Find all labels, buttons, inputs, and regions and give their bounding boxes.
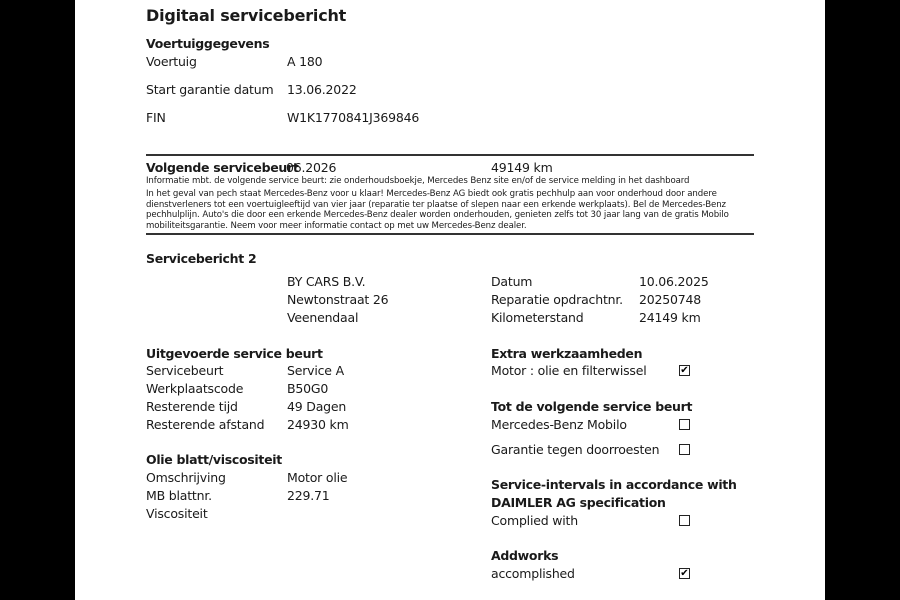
vehicle-value: A 180 [287, 54, 322, 69]
report-heading: Servicebericht 2 [146, 251, 256, 266]
oil-heading: Olie blatt/viscositeit [146, 452, 282, 467]
dealer-city: Veenendaal [287, 310, 358, 325]
mobilo-label: Mercedes-Benz Mobilo [491, 417, 627, 432]
remaining-time-value: 49 Dagen [287, 399, 346, 414]
workshop-code-value: B50G0 [287, 381, 328, 396]
mb-sheet-label: MB blattnr. [146, 488, 212, 503]
accomplished-checkbox[interactable]: ✔ [679, 568, 690, 579]
divider [146, 154, 754, 156]
next-service-heading: Volgende servicebeurt [146, 160, 299, 175]
page-title: Digitaal servicebericht [146, 6, 346, 25]
oil-filter-change-label: Motor : olie en filterwissel [491, 363, 646, 378]
date-value: 10.06.2025 [639, 274, 709, 289]
addworks-heading: Addworks [491, 548, 558, 563]
pechhulp-line-1: In het geval van pech staat Mercedes-Ben… [146, 189, 717, 199]
next-service-km: 49149 km [491, 160, 553, 175]
check-icon: ✔ [680, 568, 688, 579]
complied-label: Complied with [491, 513, 578, 528]
pechhulp-line-2: dienstverleners tot een voertuigleeftijd… [146, 200, 726, 210]
complied-checkbox[interactable] [679, 515, 690, 526]
vehicle-heading: Voertuiggegevens [146, 36, 269, 51]
warranty-start-label: Start garantie datum [146, 82, 273, 97]
remaining-time-label: Resterende tijd [146, 399, 238, 414]
service-type-value: Service A [287, 363, 344, 378]
rust-warranty-label: Garantie tegen doorroesten [491, 442, 659, 457]
oil-description-value: Motor olie [287, 470, 347, 485]
performed-heading: Uitgevoerde service beurt [146, 346, 323, 361]
date-label: Datum [491, 274, 532, 289]
intervals-heading-2: DAIMLER AG specification [491, 495, 666, 510]
dealer-street: Newtonstraat 26 [287, 292, 388, 307]
next-service-info: Informatie mbt. de volgende service beur… [146, 176, 689, 186]
oil-description-label: Omschrijving [146, 470, 226, 485]
accomplished-label: accomplished [491, 566, 575, 581]
service-type-label: Servicebeurt [146, 363, 223, 378]
until-next-heading: Tot de volgende service beurt [491, 399, 692, 414]
vehicle-label: Voertuig [146, 54, 197, 69]
check-icon: ✔ [680, 365, 688, 376]
mileage-label: Kilometerstand [491, 310, 584, 325]
dealer-name: BY CARS B.V. [287, 274, 365, 289]
service-report-page: Digitaal servicebericht Voertuiggegevens… [75, 0, 825, 600]
workshop-code-label: Werkplaatscode [146, 381, 243, 396]
order-number-value: 20250748 [639, 292, 701, 307]
intervals-heading-1: Service-intervals in accordance with [491, 477, 737, 492]
extra-heading: Extra werkzaamheden [491, 346, 642, 361]
next-service-date: 06.2026 [286, 160, 336, 175]
pechhulp-line-3: pechhulplijn. Auto's die door een erkend… [146, 210, 729, 220]
rust-warranty-checkbox[interactable] [679, 444, 690, 455]
divider [146, 233, 754, 235]
warranty-start-value: 13.06.2022 [287, 82, 357, 97]
mobilo-checkbox[interactable] [679, 419, 690, 430]
oil-filter-change-checkbox[interactable]: ✔ [679, 365, 690, 376]
fin-label: FIN [146, 110, 166, 125]
remaining-distance-value: 24930 km [287, 417, 349, 432]
fin-value: W1K1770841J369846 [287, 110, 419, 125]
mileage-value: 24149 km [639, 310, 701, 325]
order-number-label: Reparatie opdrachtnr. [491, 292, 623, 307]
mb-sheet-value: 229.71 [287, 488, 330, 503]
pechhulp-line-4: mobiliteitsgarantie. Neem voor meer info… [146, 221, 527, 231]
remaining-distance-label: Resterende afstand [146, 417, 264, 432]
viscosity-label: Viscositeit [146, 506, 208, 521]
